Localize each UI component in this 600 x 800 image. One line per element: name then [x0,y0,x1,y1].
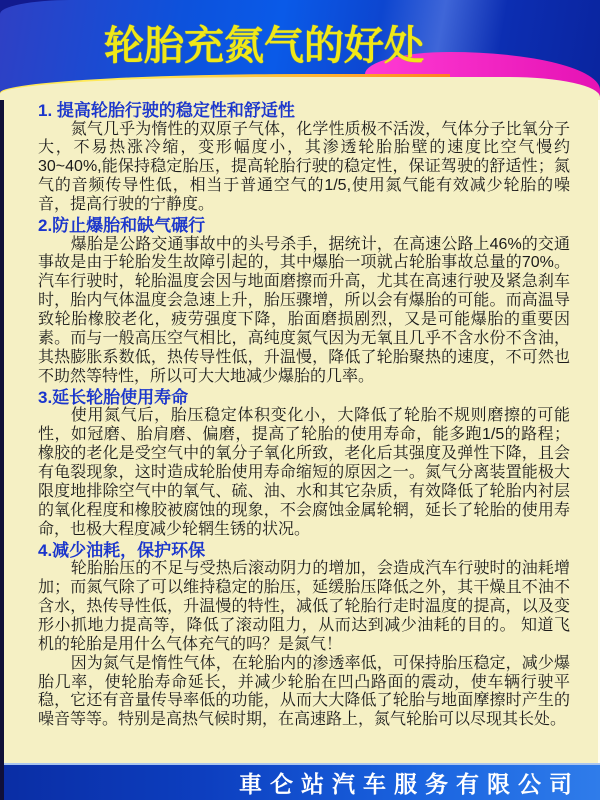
poster-footer: 車仑站汽车服务有限公司 [0,763,600,800]
poster-page: 轮胎充氮气的好处 1. 提高轮胎行驶的稳定性和舒适性 氮气几乎为惰性的双原子气体… [0,0,600,800]
poster-header: 轮胎充氮气的好处 [0,0,600,112]
poster-title: 轮胎充氮气的好处 [104,14,424,71]
left-border-strip [0,100,4,800]
section-heading: 1. 提高轮胎行驶的稳定性和舒适性 [38,101,570,121]
section-blowout-prevention: 2.防止爆胎和缺气碾行 爆胎是公路交通事故中的头号杀手，据统计，在高速公路上46… [38,216,570,387]
section-paragraph: 使用氮气后，胎压稳定体积变化小，大降低了轮胎不规则磨擦的可能性，如冠磨、胎肩磨、… [38,407,570,539]
section-paragraph: 轮胎胎压的不足与受热后滚动阴力的增加，会造成汽车行驶时的油耗增加；而氮气除了可以… [38,560,570,655]
section-fuel-saving: 4.减少油耗，保护环保 轮胎胎压的不足与受热后滚动阴力的增加，会造成汽车行驶时的… [38,541,570,731]
poster-body: 1. 提高轮胎行驶的稳定性和舒适性 氮气几乎为惰性的双原子气体，化学性质极不活泼… [0,101,600,730]
section-paragraph: 氮气几乎为惰性的双原子气体，化学性质极不活泼，气体分子比氧分子大，不易热涨冷缩，… [38,121,570,216]
section-paragraph: 因为氮气是惰性气体，在轮胎内的渗透率低，可保持胎压稳定，减少爆胎几率，使轮胎寿命… [38,655,570,731]
section-heading: 2.防止爆胎和缺气碾行 [38,216,570,236]
section-heading: 3.延长轮胎使用寿命 [38,388,570,408]
section-tire-lifespan: 3.延长轮胎使用寿命 使用氮气后，胎压稳定体积变化小，大降低了轮胎不规则磨擦的可… [38,388,570,540]
section-stability: 1. 提高轮胎行驶的稳定性和舒适性 氮气几乎为惰性的双原子气体，化学性质极不活泼… [38,101,570,215]
section-heading: 4.减少油耗，保护环保 [38,541,570,561]
section-paragraph: 爆胎是公路交通事故中的头号杀手，据统计，在高速公路上46%的交通事故是由于轮胎发… [38,236,570,387]
company-name: 車仑站汽车服务有限公司 [239,766,580,799]
